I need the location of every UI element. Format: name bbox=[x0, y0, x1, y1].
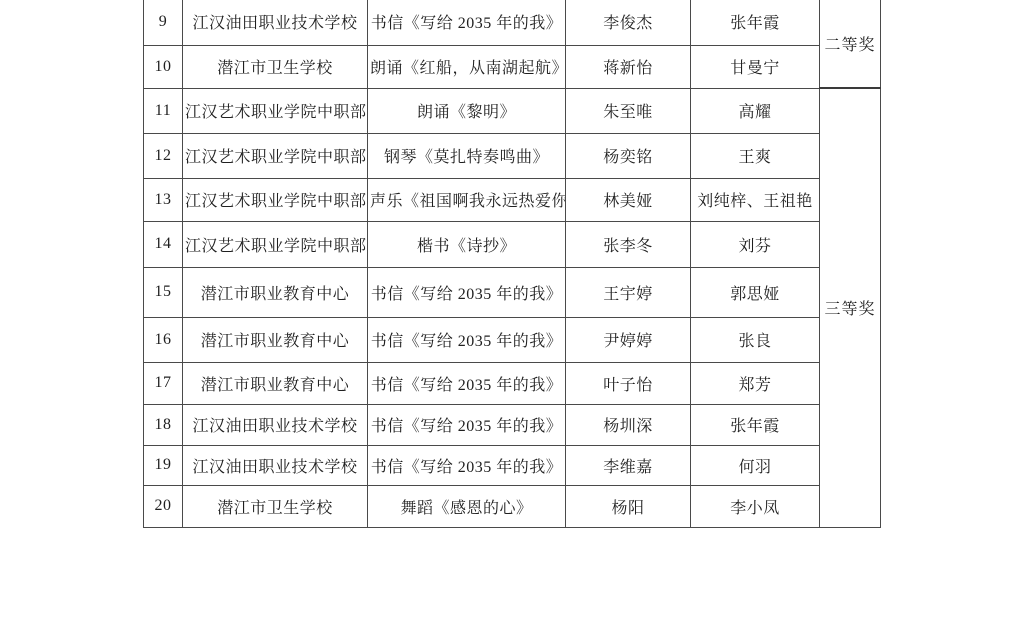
cell-school: 潜江市职业教育中心 bbox=[183, 362, 368, 404]
cell-school: 江汉艺术职业学院中职部 bbox=[183, 88, 368, 133]
cell-teacher: 高耀 bbox=[691, 88, 820, 133]
table-row: 18江汉油田职业技术学校书信《写给 2035 年的我》杨圳深张年霞 bbox=[144, 404, 881, 445]
cell-teacher: 郭思娅 bbox=[691, 267, 820, 317]
cell-school: 江汉艺术职业学院中职部 bbox=[183, 221, 368, 267]
cell-school: 潜江市卫生学校 bbox=[183, 45, 368, 88]
award-cell: 二等奖 bbox=[820, 0, 881, 88]
cell-teacher: 李小凤 bbox=[691, 485, 820, 527]
cell-work: 书信《写给 2035 年的我》 bbox=[368, 267, 566, 317]
cell-work: 声乐《祖国啊我永远热爱你》 bbox=[368, 178, 566, 221]
cell-teacher: 张年霞 bbox=[691, 0, 820, 45]
cell-teacher: 甘曼宁 bbox=[691, 45, 820, 88]
cell-work: 书信《写给 2035 年的我》 bbox=[368, 0, 566, 45]
cell-teacher: 郑芳 bbox=[691, 362, 820, 404]
cell-work: 朗诵《黎明》 bbox=[368, 88, 566, 133]
cell-school: 江汉油田职业技术学校 bbox=[183, 445, 368, 485]
cell-student: 尹婷婷 bbox=[566, 317, 691, 362]
cell-work: 楷书《诗抄》 bbox=[368, 221, 566, 267]
cell-no: 16 bbox=[144, 317, 183, 362]
cell-school: 江汉艺术职业学院中职部 bbox=[183, 178, 368, 221]
cell-student: 张李冬 bbox=[566, 221, 691, 267]
award-cell: 三等奖 bbox=[820, 88, 881, 527]
cell-work: 书信《写给 2035 年的我》 bbox=[368, 362, 566, 404]
table-row: 19江汉油田职业技术学校书信《写给 2035 年的我》李维嘉何羽 bbox=[144, 445, 881, 485]
table-row: 14江汉艺术职业学院中职部楷书《诗抄》张李冬刘芬 bbox=[144, 221, 881, 267]
table-row: 15潜江市职业教育中心书信《写给 2035 年的我》王宇婷郭思娅 bbox=[144, 267, 881, 317]
cell-no: 15 bbox=[144, 267, 183, 317]
awards-table: 9江汉油田职业技术学校书信《写给 2035 年的我》李俊杰张年霞二等奖10潜江市… bbox=[143, 0, 881, 528]
cell-student: 杨阳 bbox=[566, 485, 691, 527]
cell-no: 13 bbox=[144, 178, 183, 221]
cell-teacher: 刘纯梓、王祖艳 bbox=[691, 178, 820, 221]
cell-no: 19 bbox=[144, 445, 183, 485]
cell-teacher: 王爽 bbox=[691, 133, 820, 178]
cell-work: 朗诵《红船，从南湖起航》 bbox=[368, 45, 566, 88]
awards-table-body: 9江汉油田职业技术学校书信《写给 2035 年的我》李俊杰张年霞二等奖10潜江市… bbox=[144, 0, 881, 527]
cell-teacher: 何羽 bbox=[691, 445, 820, 485]
table-row: 16潜江市职业教育中心书信《写给 2035 年的我》尹婷婷张良 bbox=[144, 317, 881, 362]
cell-no: 17 bbox=[144, 362, 183, 404]
table-row: 17潜江市职业教育中心书信《写给 2035 年的我》叶子怡郑芳 bbox=[144, 362, 881, 404]
cell-student: 蒋新怡 bbox=[566, 45, 691, 88]
cell-work: 书信《写给 2035 年的我》 bbox=[368, 317, 566, 362]
cell-work: 钢琴《莫扎特奏鸣曲》 bbox=[368, 133, 566, 178]
cell-school: 江汉艺术职业学院中职部 bbox=[183, 133, 368, 178]
table-row: 20潜江市卫生学校舞蹈《感恩的心》杨阳李小凤 bbox=[144, 485, 881, 527]
document-page: 9江汉油田职业技术学校书信《写给 2035 年的我》李俊杰张年霞二等奖10潜江市… bbox=[0, 0, 1024, 624]
cell-no: 20 bbox=[144, 485, 183, 527]
cell-school: 潜江市职业教育中心 bbox=[183, 317, 368, 362]
cell-student: 林美娅 bbox=[566, 178, 691, 221]
cell-teacher: 张良 bbox=[691, 317, 820, 362]
cell-no: 12 bbox=[144, 133, 183, 178]
table-row: 10潜江市卫生学校朗诵《红船，从南湖起航》蒋新怡甘曼宁 bbox=[144, 45, 881, 88]
cell-school: 潜江市职业教育中心 bbox=[183, 267, 368, 317]
cell-teacher: 张年霞 bbox=[691, 404, 820, 445]
cell-no: 14 bbox=[144, 221, 183, 267]
cell-student: 王宇婷 bbox=[566, 267, 691, 317]
cell-student: 杨奕铭 bbox=[566, 133, 691, 178]
cell-no: 18 bbox=[144, 404, 183, 445]
cell-student: 李维嘉 bbox=[566, 445, 691, 485]
table-row: 13江汉艺术职业学院中职部声乐《祖国啊我永远热爱你》林美娅刘纯梓、王祖艳 bbox=[144, 178, 881, 221]
table-row: 12江汉艺术职业学院中职部钢琴《莫扎特奏鸣曲》杨奕铭王爽 bbox=[144, 133, 881, 178]
cell-work: 书信《写给 2035 年的我》 bbox=[368, 445, 566, 485]
cell-student: 叶子怡 bbox=[566, 362, 691, 404]
cell-student: 杨圳深 bbox=[566, 404, 691, 445]
cell-work: 舞蹈《感恩的心》 bbox=[368, 485, 566, 527]
cell-no: 11 bbox=[144, 88, 183, 133]
table-row: 11江汉艺术职业学院中职部朗诵《黎明》朱至唯高耀三等奖 bbox=[144, 88, 881, 133]
cell-student: 朱至唯 bbox=[566, 88, 691, 133]
cell-student: 李俊杰 bbox=[566, 0, 691, 45]
cell-school: 江汉油田职业技术学校 bbox=[183, 0, 368, 45]
table-row: 9江汉油田职业技术学校书信《写给 2035 年的我》李俊杰张年霞二等奖 bbox=[144, 0, 881, 45]
cell-work: 书信《写给 2035 年的我》 bbox=[368, 404, 566, 445]
cell-teacher: 刘芬 bbox=[691, 221, 820, 267]
cell-no: 9 bbox=[144, 0, 183, 45]
cell-school: 江汉油田职业技术学校 bbox=[183, 404, 368, 445]
cell-no: 10 bbox=[144, 45, 183, 88]
cell-school: 潜江市卫生学校 bbox=[183, 485, 368, 527]
